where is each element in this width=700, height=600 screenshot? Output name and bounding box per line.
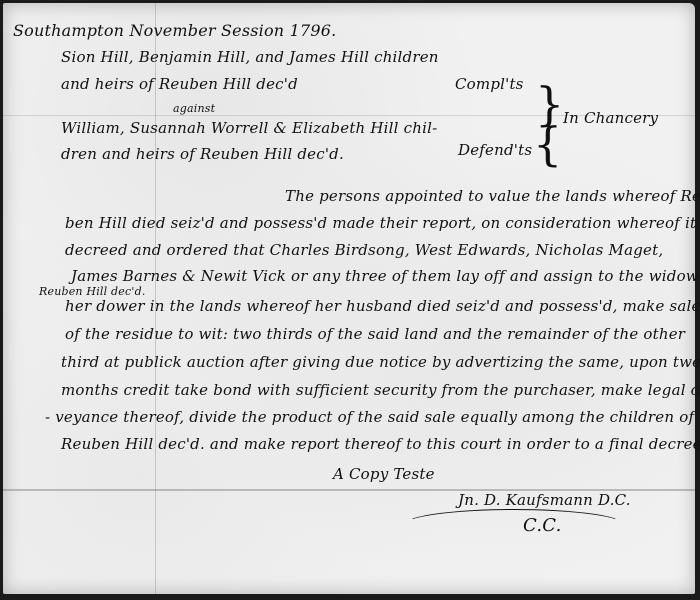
court-label: In Chancery <box>563 109 658 127</box>
body-line-1: The persons appointed to value the lands… <box>285 187 700 205</box>
defendants-label: Defend'ts <box>458 141 532 159</box>
body-line-5: her dower in the lands whereof her husba… <box>65 297 700 315</box>
signature-initials: C.C. <box>523 515 562 536</box>
body-line-8: months credit take bond with sufficient … <box>61 381 700 399</box>
document-page: Southampton November Session 1796. Sion … <box>3 3 695 594</box>
complainants-label: Compl'ts <box>455 75 524 93</box>
signature-flourish <box>403 509 625 541</box>
body-line-3: decreed and ordered that Charles Birdson… <box>65 241 663 259</box>
body-line-10: Reuben Hill dec'd. and make report there… <box>61 435 700 453</box>
body-line-4: James Barnes & Newit Vick or any three o… <box>71 267 700 285</box>
body-line-9: - veyance thereof, divide the product of… <box>45 408 694 426</box>
against-label: against <box>173 102 215 115</box>
document-heading: Southampton November Session 1796. <box>13 21 336 40</box>
body-line-7: third at publick auction after giving du… <box>61 353 700 371</box>
body-line-2: ben Hill died seiz'd and possess'd made … <box>65 214 700 232</box>
defendants-line-1: William, Susannah Worrell & Elizabeth Hi… <box>61 119 437 137</box>
complainants-line-2: and heirs of Reuben Hill dec'd <box>61 75 298 93</box>
brace-defendants: } <box>533 121 562 167</box>
defendants-line-2: dren and heirs of Reuben Hill dec'd. <box>61 145 344 163</box>
clerk-signature: Jn. D. Kaufsmann D.C. <box>458 491 631 509</box>
complainants-line-1: Sion Hill, Benjamin Hill, and James Hill… <box>61 48 439 66</box>
attestation: A Copy Teste <box>333 465 435 483</box>
body-line-6: of the residue to wit: two thirds of the… <box>65 325 685 343</box>
